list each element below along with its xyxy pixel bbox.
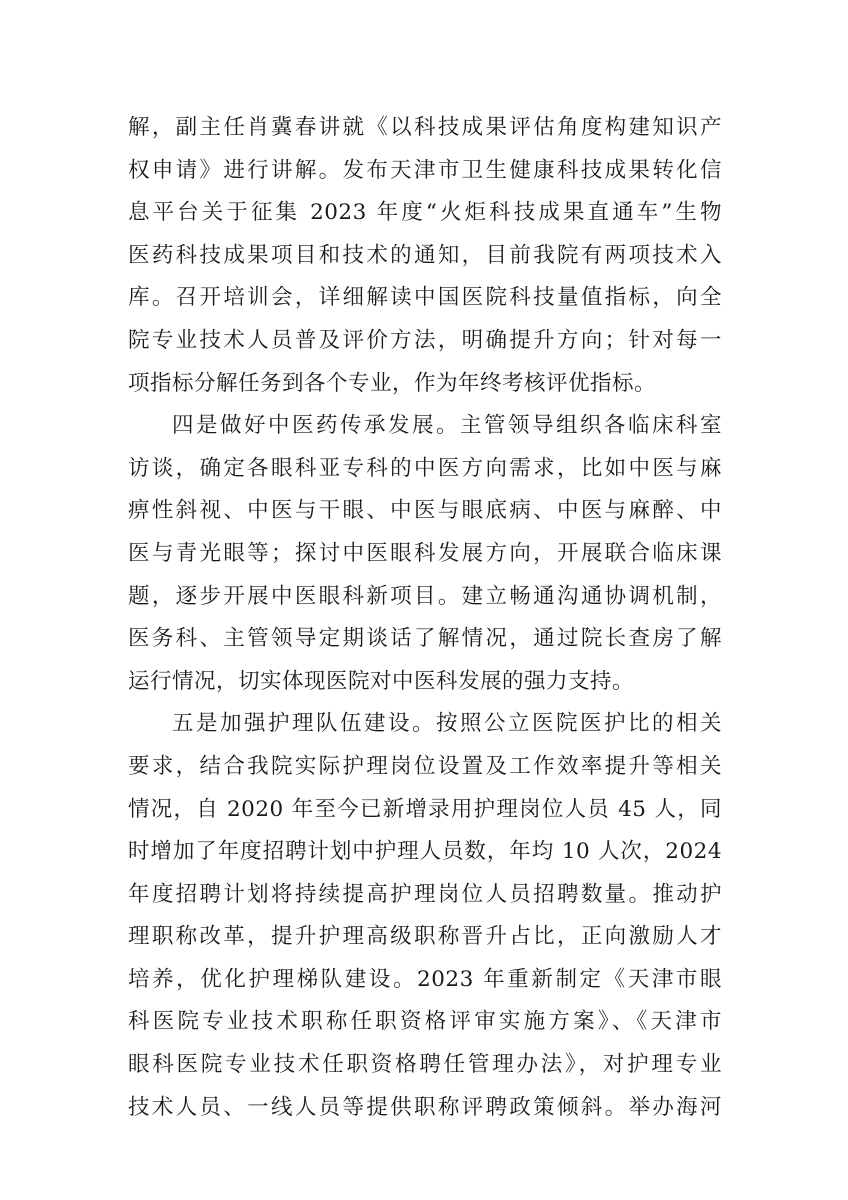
- text-line: 眼科医院专业技术任职资格聘任管理办法》，对护理专业: [128, 1044, 722, 1087]
- text-line: 要求，结合我院实际护理岗位设置及工作效率提升等相关: [128, 746, 722, 789]
- text-line: 培养，优化护理梯队建设。2023 年重新制定《天津市眼: [128, 959, 722, 1002]
- text-line: 五是加强护理队伍建设。按照公立医院医护比的相关: [128, 703, 722, 746]
- text-line: 医药科技成果项目和技术的通知，目前我院有两项技术入: [128, 235, 722, 278]
- text-line: 访谈，确定各眼科亚专科的中医方向需求，比如中医与麻: [128, 448, 722, 491]
- text-line: 息平台关于征集 2023 年度“火炬科技成果直通车”生物: [128, 192, 722, 235]
- text-line: 技术人员、一线人员等提供职称评聘政策倾斜。举办海河: [128, 1087, 722, 1130]
- text-line: 理职称改革，提升护理高级职称晋升占比，正向激励人才: [128, 916, 722, 959]
- text-line: 院专业技术人员普及评价方法，明确提升方向；针对每一: [128, 320, 722, 363]
- paragraph-tcm-development: 四是做好中医药传承发展。主管领导组织各临床科室 访谈，确定各眼科亚专科的中医方向…: [128, 405, 722, 703]
- text-line: 医与青光眼等；探讨中医眼科发展方向，开展联合临床课: [128, 533, 722, 576]
- text-line: 时增加了年度招聘计划中护理人员数，年均 10 人次，2024: [128, 831, 722, 874]
- text-line: 情况，自 2020 年至今已新增录用护理岗位人员 45 人，同: [128, 789, 722, 832]
- text-line: 年度招聘计划将持续提高护理岗位人员招聘数量。推动护: [128, 874, 722, 917]
- paragraph-nursing-team: 五是加强护理队伍建设。按照公立医院医护比的相关 要求，结合我院实际护理岗位设置及…: [128, 703, 722, 1129]
- text-line: 解，副主任肖冀春讲就《以科技成果评估角度构建知识产: [128, 107, 722, 150]
- paragraph-research-achievements: 解，副主任肖冀春讲就《以科技成果评估角度构建知识产 权申请》进行讲解。发布天津市…: [128, 107, 722, 405]
- text-line: 四是做好中医药传承发展。主管领导组织各临床科室: [128, 405, 722, 448]
- text-line: 医务科、主管领导定期谈话了解情况，通过院长查房了解: [128, 618, 722, 661]
- text-line: 痹性斜视、中医与干眼、中医与眼底病、中医与麻醉、中: [128, 490, 722, 533]
- text-line: 项指标分解任务到各个专业，作为年终考核评优指标。: [128, 363, 722, 406]
- text-line: 题，逐步开展中医眼科新项目。建立畅通沟通协调机制，: [128, 576, 722, 619]
- text-line: 库。召开培训会，详细解读中国医院科技量值指标，向全: [128, 277, 722, 320]
- text-line: 科医院专业技术职称任职资格评审实施方案》、《天津市: [128, 1001, 722, 1044]
- text-line: 运行情况，切实体现医院对中医科发展的强力支持。: [128, 661, 722, 704]
- text-line: 权申请》进行讲解。发布天津市卫生健康科技成果转化信: [128, 150, 722, 193]
- document-page: 解，副主任肖冀春讲就《以科技成果评估角度构建知识产 权申请》进行讲解。发布天津市…: [128, 107, 722, 1129]
